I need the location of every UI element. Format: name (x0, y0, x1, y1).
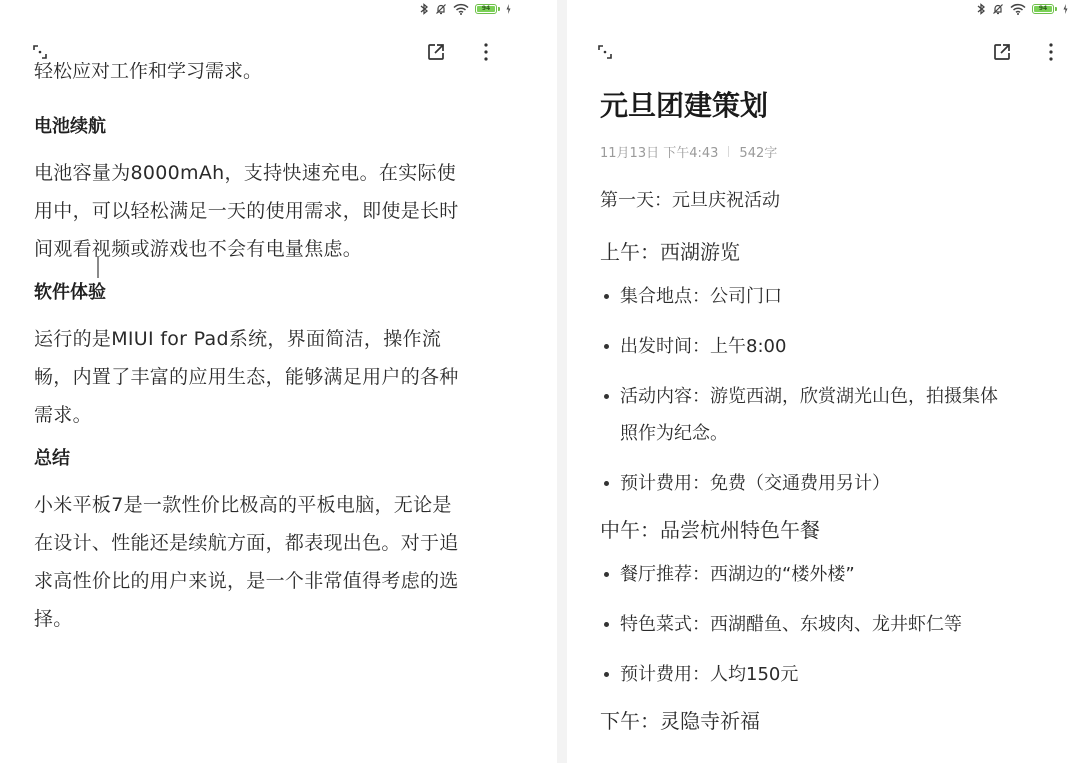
mute-icon (435, 3, 447, 15)
note-meta: 11月13日 下午4:43 542字 (600, 142, 1060, 160)
share-icon (426, 42, 446, 62)
battery-icon: 94 (1032, 4, 1057, 14)
section-heading-summary: 总结 (34, 446, 517, 472)
day-heading: 第一天：元旦庆祝活动 (600, 188, 1060, 214)
paragraph-battery: 电池容量为8000mAh，支持快速充电。在实际使 用中，可以轻松满足一天的使用需… (34, 154, 517, 268)
list-item: 集合地点：公司门口 (600, 278, 1060, 315)
note-body[interactable]: 元旦团建策划 11月13日 下午4:43 542字 第一天：元旦庆祝活动 上午：… (600, 86, 1060, 735)
note-word-count: 542字 (739, 142, 777, 161)
list-item: 预计费用：免费（交通费用另计） (600, 465, 1060, 502)
list-item: 出发时间：上午8:00 (600, 328, 1060, 365)
split-divider[interactable] (557, 0, 567, 763)
note-title[interactable]: 元旦团建策划 (600, 86, 1060, 126)
mute-icon (992, 3, 1004, 15)
list-item: 特色菜式：西湖醋鱼、东坡肉、龙井虾仁等 (600, 606, 1060, 643)
charging-icon (506, 4, 511, 14)
wifi-icon (453, 3, 469, 15)
note-toolbar (567, 38, 1080, 66)
fullscreen-icon (596, 43, 614, 61)
paragraph-software: 运行的是MIUI for Pad系统，界面简洁，操作流 畅，内置了丰富的应用生态… (34, 320, 517, 434)
left-note-pane: 94 轻松应对工作和学习需求。 电池续航 电池容量为8000mAh，支持快速充电… (0, 0, 557, 763)
more-vertical-icon (483, 42, 489, 62)
wifi-icon (1010, 3, 1026, 15)
section-heading-battery: 电池续航 (34, 114, 517, 140)
charging-icon (1063, 4, 1068, 14)
battery-level: 94 (1034, 6, 1052, 12)
text-cursor (97, 256, 99, 278)
section-heading-software: 软件体验 (34, 280, 517, 306)
bluetooth-icon (419, 3, 429, 15)
right-note-pane: 94 元旦团建策划 11月13日 下午4:43 542字 第一天：元旦庆祝活动 … (567, 0, 1080, 763)
list-item: 餐厅推荐：西湖边的“楼外楼” (600, 556, 1060, 593)
share-icon (992, 42, 1012, 62)
meta-separator (728, 146, 729, 157)
list-item: 活动内容：游览西湖，欣赏湖光山色，拍摄集体照作为纪念。 (600, 378, 1060, 452)
paragraph-summary: 小米平板7是一款性价比极高的平板电脑，无论是 在设计、性能还是续航方面，都表现出… (34, 486, 517, 638)
battery-level: 94 (477, 6, 495, 12)
bluetooth-icon (976, 3, 986, 15)
list-item: 预计费用：人均150元 (600, 656, 1060, 693)
status-bar: 94 (419, 0, 511, 18)
battery-icon: 94 (475, 4, 500, 14)
noon-list: 餐厅推荐：西湖边的“楼外楼” 特色菜式：西湖醋鱼、东坡肉、龙井虾仁等 预计费用：… (600, 556, 1060, 693)
afternoon-heading: 下午：灵隐寺祈福 (600, 707, 1060, 735)
fullscreen-icon (31, 43, 49, 61)
share-button[interactable] (988, 38, 1016, 66)
morning-list: 集合地点：公司门口 出发时间：上午8:00 活动内容：游览西湖，欣赏湖光山色，拍… (600, 278, 1060, 502)
note-body[interactable]: 轻松应对工作和学习需求。 电池续航 电池容量为8000mAh，支持快速充电。在实… (34, 62, 517, 638)
morning-heading: 上午：西湖游览 (600, 238, 1060, 266)
noon-heading: 中午：品尝杭州特色午餐 (600, 516, 1060, 544)
note-datetime: 11月13日 下午4:43 (600, 142, 718, 161)
more-vertical-icon (1048, 42, 1054, 62)
more-options-button[interactable] (1037, 38, 1065, 66)
fullscreen-button[interactable] (591, 38, 619, 66)
status-bar: 94 (976, 0, 1068, 18)
clipped-paragraph-line: 轻松应对工作和学习需求。 (34, 62, 517, 88)
